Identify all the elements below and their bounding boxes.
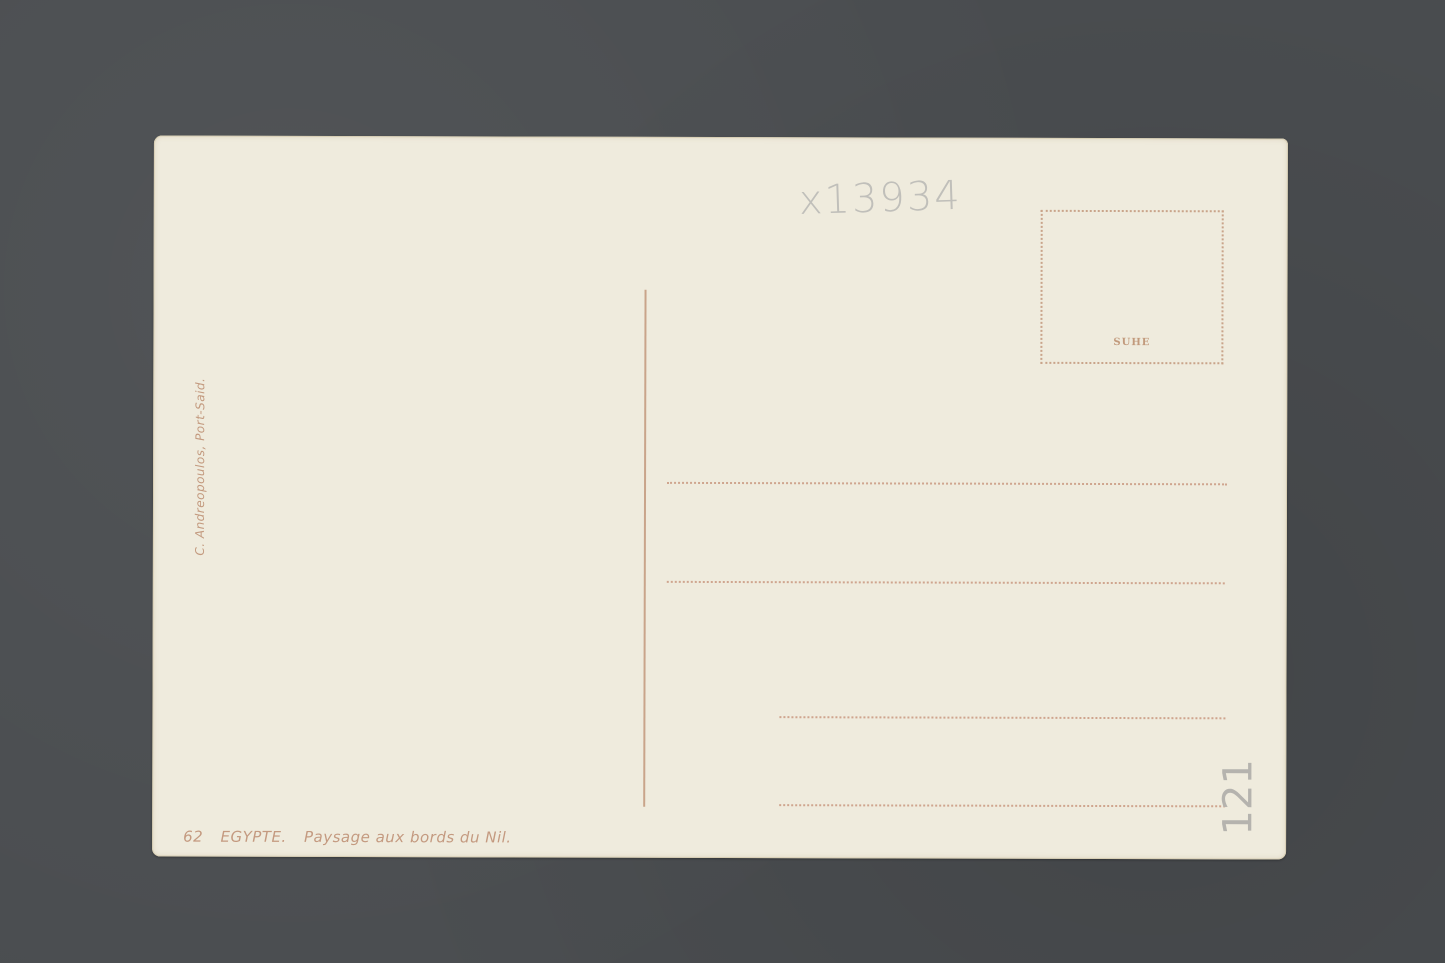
address-line-2 — [667, 581, 1225, 584]
address-line-3 — [779, 716, 1225, 719]
address-line-1 — [667, 482, 1227, 485]
handwritten-mark: 121 — [1215, 759, 1261, 835]
stamp-box-label: SUHE — [1042, 337, 1221, 348]
handwritten-inventory-number: x13934 — [798, 173, 962, 224]
caption-title: Paysage aux bords du Nil. — [304, 828, 512, 847]
publisher-imprint: C. Andreopoulos, Port-Said. — [193, 378, 207, 556]
caption-number: 62 — [183, 828, 203, 846]
caption-country: EGYPTE. — [220, 828, 286, 846]
address-line-4 — [779, 804, 1225, 807]
caption: 62 EGYPTE. Paysage aux bords du Nil. — [183, 828, 523, 847]
postcard: x13934 SUHE C. Andreopoulos, Port-Said. … — [152, 136, 1288, 860]
center-divider-line — [643, 290, 646, 807]
stamp-box: SUHE — [1040, 210, 1223, 364]
